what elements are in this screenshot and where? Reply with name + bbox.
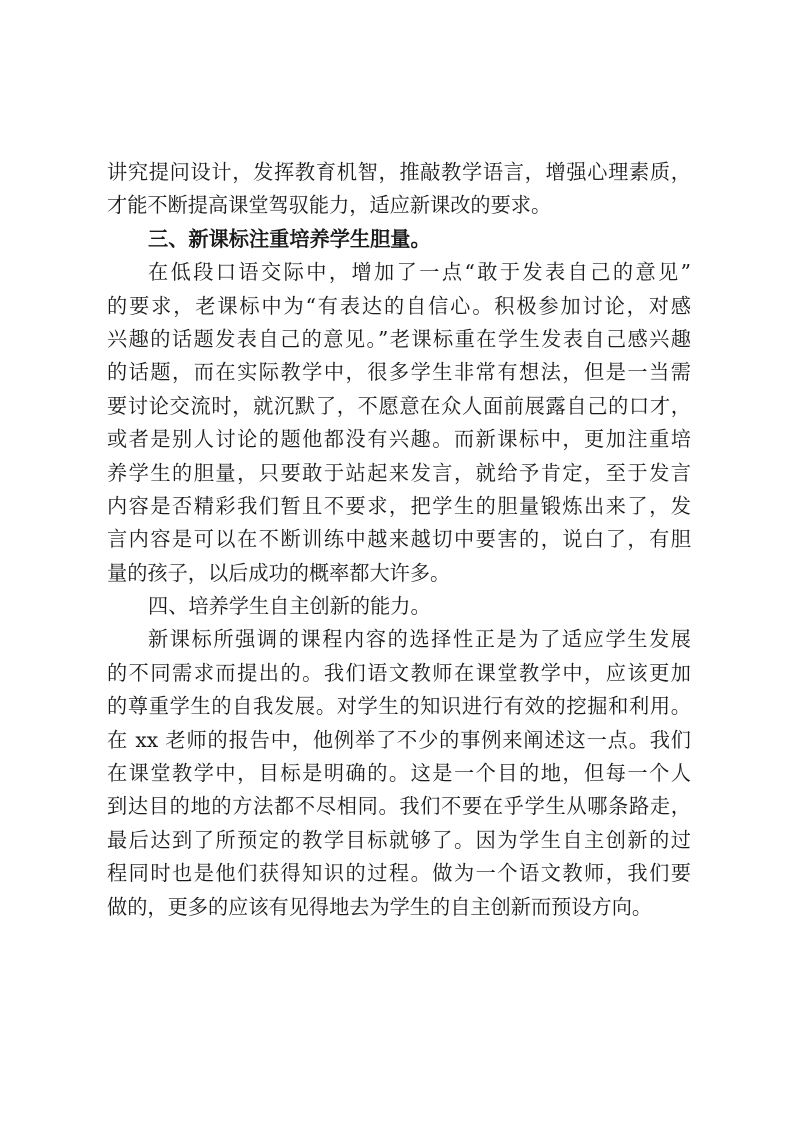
body-line: 讲究提问设计，发挥教育机智，推敲教学语言，增强心理素质， xyxy=(107,156,691,189)
body-line: 在低段口语交际中，增加了一点“敢于发表自己的意见” xyxy=(107,256,691,289)
body-line: 新课标所强调的课程内容的选择性正是为了适应学生发展 xyxy=(107,623,691,656)
body-line: 言内容是可以在不断训练中越来越切中要害的，说白了，有胆 xyxy=(107,523,691,556)
body-line: 的尊重学生的自我发展。对学生的知识进行有效的挖掘和利用。 xyxy=(107,690,691,723)
body-line: 程同时也是他们获得知识的过程。做为一个语文教师，我们要 xyxy=(107,857,691,890)
body-line: 要讨论交流时，就沉默了，不愿意在众人面前展露自己的口才， xyxy=(107,390,691,423)
body-line: 在课堂教学中，目标是明确的。这是一个目的地，但每一个人 xyxy=(107,757,691,790)
section-heading-4: 四、培养学生自主创新的能力。 xyxy=(107,590,691,623)
body-line: 才能不断提高课堂驾驭能力，适应新课改的要求。 xyxy=(107,189,691,222)
body-line: 兴趣的话题发表自己的意见。”老课标重在学生发表自己感兴趣 xyxy=(107,323,691,356)
body-line: 养学生的胆量，只要敢于站起来发言，就给予肯定，至于发言 xyxy=(107,457,691,490)
body-line: 的不同需求而提出的。我们语文教师在课堂教学中，应该更加 xyxy=(107,657,691,690)
body-line: 或者是别人讨论的题他都没有兴趣。而新课标中，更加注重培 xyxy=(107,423,691,456)
body-line: 到达目的地的方法都不尽相同。我们不要在乎学生从哪条路走， xyxy=(107,790,691,823)
body-line: 做的，更多的应该有见得地去为学生的自主创新而预设方向。 xyxy=(107,891,691,924)
body-line: 量的孩子，以后成功的概率都大许多。 xyxy=(107,557,691,590)
body-line: 内容是否精彩我们暂且不要求，把学生的胆量锻炼出来了，发 xyxy=(107,490,691,523)
body-line: 的话题，而在实际教学中，很多学生非常有想法，但是一当需 xyxy=(107,356,691,389)
body-line: 最后达到了所预定的教学目标就够了。因为学生自主创新的过 xyxy=(107,824,691,857)
body-line: 在 xx 老师的报告中，他例举了不少的事例来阐述这一点。我们 xyxy=(107,724,691,757)
document-page: 讲究提问设计，发挥教育机智，推敲教学语言，增强心理素质， 才能不断提高课堂驾驭能… xyxy=(107,156,691,924)
body-line: 的要求，老课标中为“有表达的自信心。积极参加讨论，对感 xyxy=(107,290,691,323)
section-heading-3: 三、新课标注重培养学生胆量。 xyxy=(107,223,691,256)
